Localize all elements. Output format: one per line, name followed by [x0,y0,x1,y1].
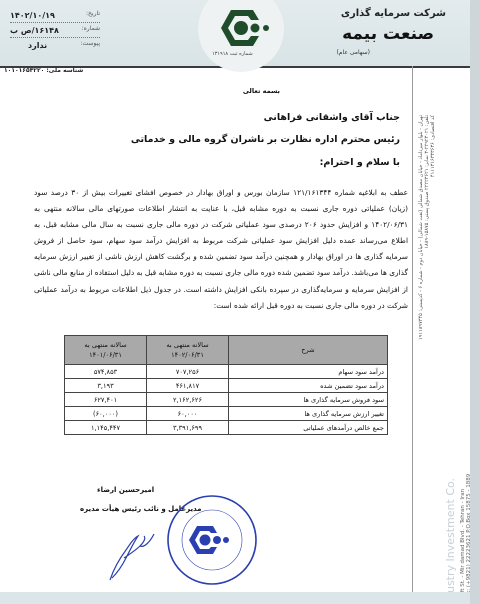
row-previous: ۶۲۷,۴۰۱ [65,393,147,407]
table-row: تغییر ارزش سرمایه گذاری ها ۶۰,۰۰۰ (۶۰,۰۰… [65,407,388,421]
salutation-top: بسمه تعالی [243,87,280,95]
company-name: صنعت بیمه [342,24,434,44]
date-row: تاریخ: ۱۴۰۲/۱۰/۱۹ [10,10,100,23]
letter-page: شرکت سرمایه گذاری صنعت بیمه (سهامی عام) … [0,0,470,604]
date-label: تاریخ: [86,10,100,17]
row-previous: ۵۷۴,۸۵۳ [65,365,147,379]
row-current: ۷۰۷,۲۵۶ [147,365,229,379]
letter-meta: تاریخ: ۱۴۰۲/۱۰/۱۹ شماره: ۱۶۱۴۸/ص ب پیوست… [10,10,100,54]
signer-name: امیرحسین ارضاء [97,486,154,494]
row-current: ۶۰,۰۰۰ [147,407,229,421]
row-label: جمع خالص درآمدهای عملیاتی [229,421,388,435]
number-row: شماره: ۱۶۱۴۸/ص ب [10,25,100,38]
table-header-row: شرح سالانه منتهی به ۱۴۰۲/۰۶/۳۱ سالانه من… [65,336,388,365]
sidebar-address: تهران - بلوار میرداماد - خیابان مصدق شما… [418,115,436,340]
table-row: سود فروش سرمایه گذاری ها ۲,۱۶۲,۶۲۶ ۶۲۷,۴… [65,393,388,407]
letter-paragraph: عطف به ابلاغیه شماره ۱۲۱/۱۶۱۳۴۴ سازمان ب… [34,185,408,314]
row-label: درآمد سود تضمین شده [229,379,388,393]
row-label: تغییر ارزش سرمایه گذاری ها [229,407,388,421]
company-type: (سهامی عام) [336,49,370,56]
operating-income-table: شرح سالانه منتهی به ۱۴۰۲/۰۶/۳۱ سالانه من… [64,335,388,435]
table-row-total: جمع خالص درآمدهای عملیاتی ۳,۳۹۱,۶۹۹ ۱,۱۴… [65,421,388,435]
number-value: ۱۶۱۴۸/ص ب [10,26,59,35]
letterhead: شرکت سرمایه گذاری صنعت بیمه (سهامی عام) … [0,0,470,68]
greeting: با سلام و احترام: [320,157,400,168]
registration-number: شماره ثبت ۱۳۱۹۱۸ [212,51,253,57]
attachment-value: ندارد [28,41,47,50]
row-previous: (۶۰,۰۰۰) [65,407,147,421]
footer-band [0,592,470,604]
hexagon-dots-logo-icon [217,6,273,50]
row-label: درآمد سود سهام [229,365,388,379]
row-previous: ۱,۱۴۵,۴۴۷ [65,421,147,435]
row-current: ۳,۳۹۱,۶۹۹ [147,421,229,435]
table-row: درآمد سود سهام ۷۰۷,۲۵۶ ۵۷۴,۸۵۳ [65,365,388,379]
row-current: ۲,۱۶۲,۶۲۶ [147,393,229,407]
scan-edge [470,0,480,604]
handwritten-signature-icon [100,528,160,584]
table-row: درآمد سود تضمین شده ۴۶۱,۸۱۷ ۳,۱۹۳ [65,379,388,393]
attachment-row: پیوست: ندارد [10,40,100,52]
row-current: ۴۶۱,۸۱۷ [147,379,229,393]
company-stamp-icon [165,490,260,590]
company-line1: شرکت سرمایه گذاری [341,8,446,19]
header-previous-year: سالانه منتهی به ۱۴۰۱/۰۶/۳۱ [65,336,147,365]
brand-en: dustry Investment Co. [444,478,457,600]
attachment-label: پیوست: [80,40,100,47]
econ-code-fa: کد اقتصادی: ۴۱۱۱۳۱۶۳۳۳۶۳۶ [430,115,436,340]
row-label: سود فروش سرمایه گذاری ها [229,393,388,407]
recipient-name: جناب آقای واشقانی فراهانی [264,112,400,123]
recipient-title: رئیس محترم اداره نظارت بر ناشران گروه ما… [131,134,400,145]
header-current-year: سالانه منتهی به ۱۴۰۲/۰۶/۳۱ [147,336,229,365]
number-label: شماره: [82,25,100,32]
row-previous: ۳,۱۹۳ [65,379,147,393]
date-value: ۱۴۰۲/۱۰/۱۹ [10,11,55,20]
header-description: شرح [229,336,388,365]
national-id: شناسه ملی: ۱۰۱۰۱۶۵۴۲۲۰ [4,67,83,74]
